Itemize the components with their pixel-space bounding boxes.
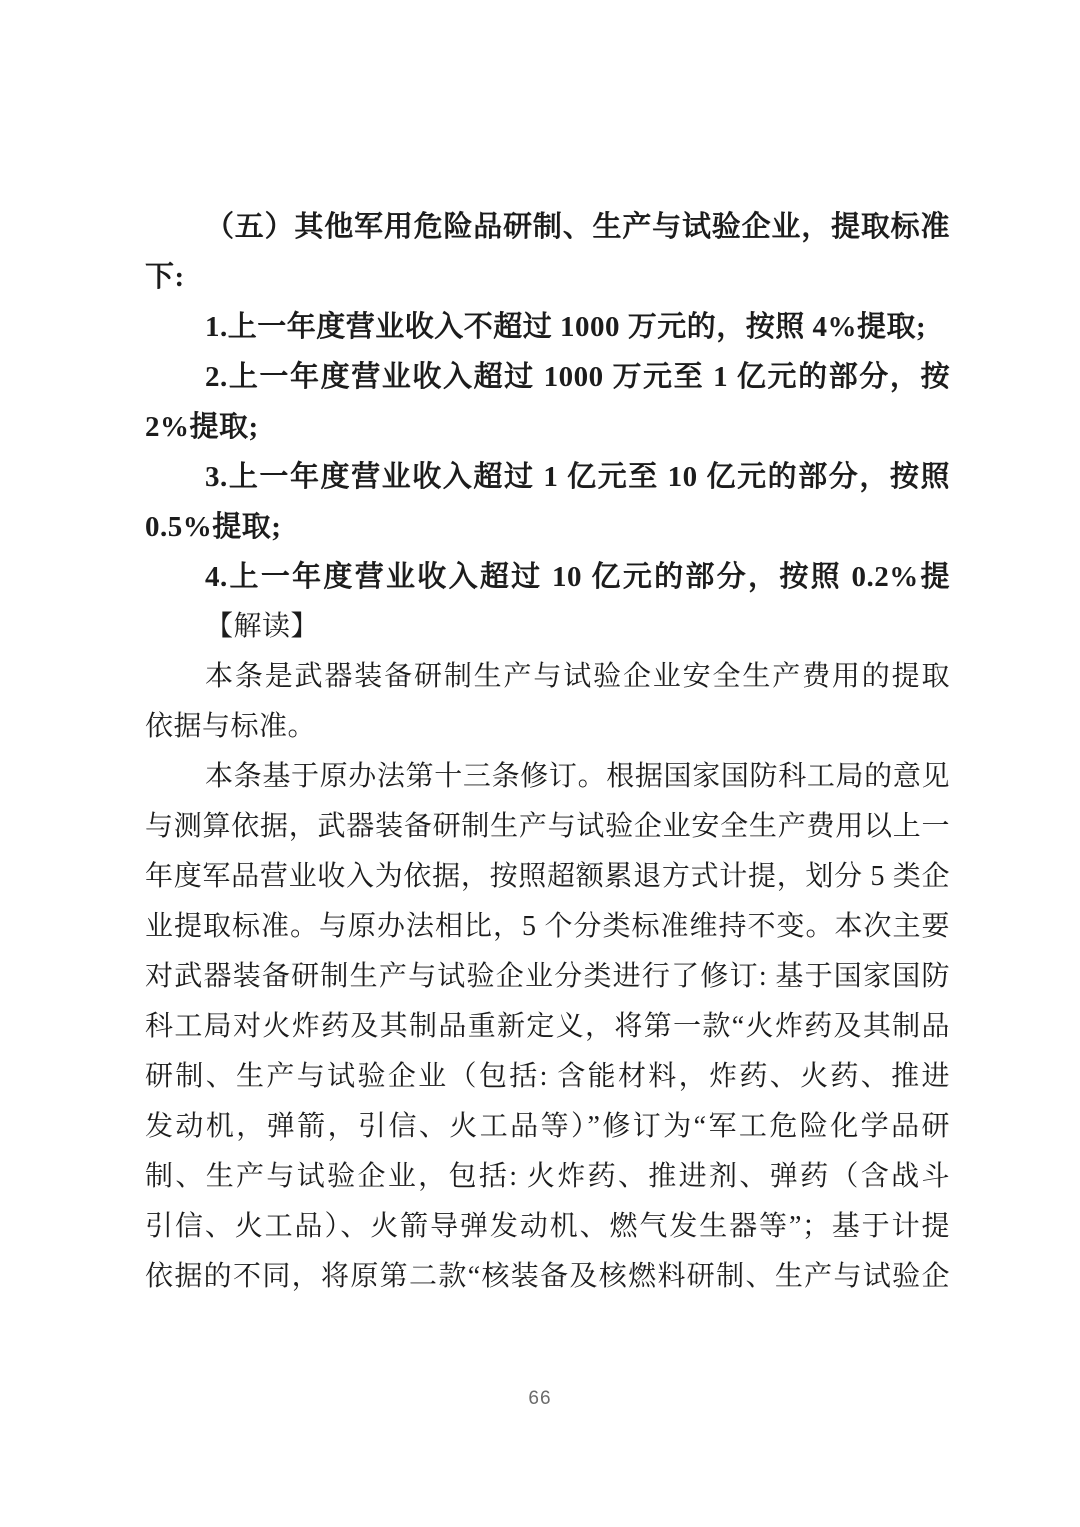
item-2-line-1: 2.上一年度营业收入超过 1000 万元至 1 亿元的部分，按照 xyxy=(145,352,950,402)
item-4-line: 4.上一年度营业收入超过 10 亿元的部分，按照 0.2%提取。 xyxy=(145,552,950,602)
document-page: （五）其他军用危险品研制、生产与试验企业，提取标准如 下: 1.上一年度营业收入… xyxy=(0,0,1080,1527)
paragraph-2-line-8: 发动机，弹箭，引信、火工品等）”修订为“军工危险化学品研 xyxy=(145,1102,950,1152)
item-3-line-2: 0.5%提取; xyxy=(145,502,950,552)
item-2-line-2: 2%提取; xyxy=(145,402,950,452)
paragraph-2-line-6: 科工局对火炸药及其制品重新定义，将第一款“火炸药及其制品 xyxy=(145,1002,950,1052)
paragraph-1-line-1: 本条是武器装备研制生产与试验企业安全生产费用的提取 xyxy=(145,652,950,702)
paragraph-2-line-1: 本条基于原办法第十三条修订。根据国家国防科工局的意见 xyxy=(145,752,950,802)
item-1-line: 1.上一年度营业收入不超过 1000 万元的，按照 4%提取; xyxy=(145,302,950,352)
paragraph-2-line-4: 业提取标准。与原办法相比，5 个分类标准维持不变。本次主要 xyxy=(145,902,950,952)
interpretation-label: 【解读】 xyxy=(145,602,950,652)
paragraph-2-line-3: 年度军品营业收入为依据，按照超额累退方式计提，划分 5 类企 xyxy=(145,852,950,902)
paragraph-2-line-10: 引信、火工品）、火箭导弹发动机、燃气发生器等”；基于计提 xyxy=(145,1202,950,1252)
item-3-line-1: 3.上一年度营业收入超过 1 亿元至 10 亿元的部分，按照 xyxy=(145,452,950,502)
paragraph-2-line-11: 依据的不同，将原第二款“核装备及核燃料研制、生产与试验企 xyxy=(145,1252,950,1302)
section-heading-line-1: （五）其他军用危险品研制、生产与试验企业，提取标准如 xyxy=(145,202,950,252)
paragraph-2-line-9: 制、生产与试验企业，包括: 火炸药、推进剂、弹药（含战斗部、 xyxy=(145,1152,950,1202)
paragraph-1-line-2: 依据与标准。 xyxy=(145,702,950,752)
section-heading-line-2: 下: xyxy=(145,252,950,302)
page-number: 66 xyxy=(0,1388,1080,1410)
paragraph-2-line-5: 对武器装备研制生产与试验企业分类进行了修订: 基于国家国防 xyxy=(145,952,950,1002)
paragraph-2-line-2: 与测算依据，武器装备研制生产与试验企业安全生产费用以上一 xyxy=(145,802,950,852)
paragraph-2-line-7: 研制、生产与试验企业（包括: 含能材料，炸药、火药、推进剂， xyxy=(145,1052,950,1102)
document-body: （五）其他军用危险品研制、生产与试验企业，提取标准如 下: 1.上一年度营业收入… xyxy=(145,202,950,1302)
